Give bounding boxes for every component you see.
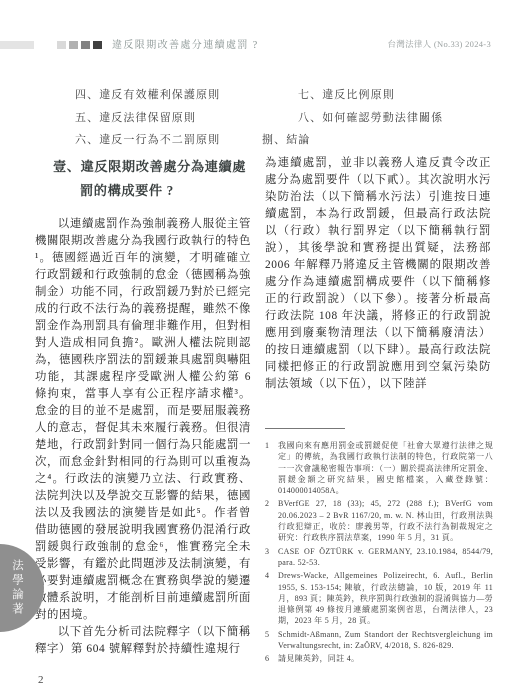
footnote-block: 1 我國向來有應用罰金或罰鍰促使「社會大眾遵行法律之規定」的傳統，為我國行政執行… bbox=[265, 428, 493, 667]
footnote-text: 我國向來有應用罰金或罰鍰促使「社會大眾遵行法律之規定」的傳統，為我國行政執行法制… bbox=[278, 440, 493, 496]
category-tab-label: 法學論著 bbox=[9, 559, 25, 617]
deco-square-icon bbox=[93, 41, 102, 49]
footnote-text: CASE OF ÖZTÜRK v. GERMANY, 23.10.1984, 8… bbox=[278, 546, 493, 569]
deco-square-icon bbox=[81, 41, 90, 49]
footnote-number: 1 bbox=[265, 440, 278, 496]
footnote-number: 6 bbox=[265, 653, 278, 664]
footnote-list: 1 我國向來有應用罰金或罰鍰促使「社會大眾遵行法律之規定」的傳統，為我國行政執行… bbox=[265, 440, 493, 665]
journal-page: 違反限期改善處分連續處罰 ? 台灣法律人 (No.33) 2024-3 四、違反… bbox=[0, 0, 516, 700]
header-edge-bar bbox=[0, 41, 34, 49]
footnote: 1 我國向來有應用罰金或罰鍰促使「社會大眾遵行法律之規定」的傳統，為我國行政執行… bbox=[265, 440, 493, 496]
paragraph: 以下首先分析司法院釋字（以下簡稱釋字）第 604 號解釋對於持續性違規行 bbox=[35, 624, 251, 658]
footnote: 6 請見陳英鈐，同註 4。 bbox=[265, 653, 493, 664]
paragraph: 為連續處罰，並非以義務人違反責令改正處分為處罰要件（以下貳）。其次說明水污染防治… bbox=[265, 155, 491, 393]
footnote: 3 CASE OF ÖZTÜRK v. GERMANY, 23.10.1984,… bbox=[265, 546, 493, 569]
toc-item: 四、違反有效權利保護原則 bbox=[75, 84, 220, 107]
text-column-left: 壹、違反限期改善處分為連續處罰的構成要件 ? 以連續處罰作為強制義務人服從主管機… bbox=[35, 155, 251, 658]
footnote-number: 5 bbox=[265, 629, 278, 652]
footnote-number: 4 bbox=[265, 570, 278, 626]
footnote: 4 Drews-Wacke, Allgemeines Polizeirecht,… bbox=[265, 570, 493, 626]
toc-item: 六、違反一行為不二罰原則 bbox=[75, 129, 220, 152]
body-text-left: 以連續處罰作為強制義務人服從主管機關限期改善處分為我國行政執行的特色¹。德國經過… bbox=[35, 216, 251, 658]
deco-square-icon bbox=[57, 41, 66, 49]
toc-column-right: 七、違反比例原則 八、如何確認勞動法律關係 捌、結論 bbox=[262, 84, 443, 152]
running-head-title: 違反限期改善處分連續處罰 ? bbox=[112, 36, 259, 51]
header-gradient-squares bbox=[57, 41, 102, 49]
page-number: 2 bbox=[38, 674, 44, 686]
body-text-right: 為連續處罰，並非以義務人違反責令改正處分為處罰要件（以下貳）。其次說明水污染防治… bbox=[265, 155, 491, 393]
toc-item: 五、違反法律保留原則 bbox=[75, 107, 220, 130]
footnote-text: 請見陳英鈐，同註 4。 bbox=[278, 653, 493, 664]
footnote-number: 3 bbox=[265, 546, 278, 569]
footnote-text: BVerfGE 27, 18 (33); 45, 272 (288 f.); B… bbox=[278, 498, 493, 543]
paragraph: 以連續處罰作為強制義務人服從主管機關限期改善處分為我國行政執行的特色¹。德國經過… bbox=[35, 216, 251, 624]
footnote-number: 2 bbox=[265, 498, 278, 543]
footnote: 5 Schmidt-Aßmann, Zum Standort der Recht… bbox=[265, 629, 493, 652]
section-heading: 壹、違反限期改善處分為連續處罰的構成要件 ? bbox=[53, 155, 251, 203]
footnote-text: Schmidt-Aßmann, Zum Standort der Rechtsv… bbox=[278, 629, 493, 652]
footnote: 2 BVerfGE 27, 18 (33); 45, 272 (288 f.);… bbox=[265, 498, 493, 543]
journal-issue-info: 台灣法律人 (No.33) 2024-3 bbox=[387, 38, 491, 50]
toc-item: 捌、結論 bbox=[262, 129, 443, 152]
toc-item: 八、如何確認勞動法律關係 bbox=[262, 107, 443, 130]
text-column-right: 為連續處罰，並非以義務人違反責令改正處分為處罰要件（以下貳）。其次說明水污染防治… bbox=[265, 155, 491, 393]
footnote-separator bbox=[265, 428, 345, 429]
toc-column-left: 四、違反有效權利保護原則 五、違反法律保留原則 六、違反一行為不二罰原則 bbox=[75, 84, 220, 152]
toc-item: 七、違反比例原則 bbox=[262, 84, 443, 107]
footnote-text: Drews-Wacke, Allgemeines Polizeirecht, 6… bbox=[278, 570, 493, 626]
deco-square-icon bbox=[69, 41, 78, 49]
